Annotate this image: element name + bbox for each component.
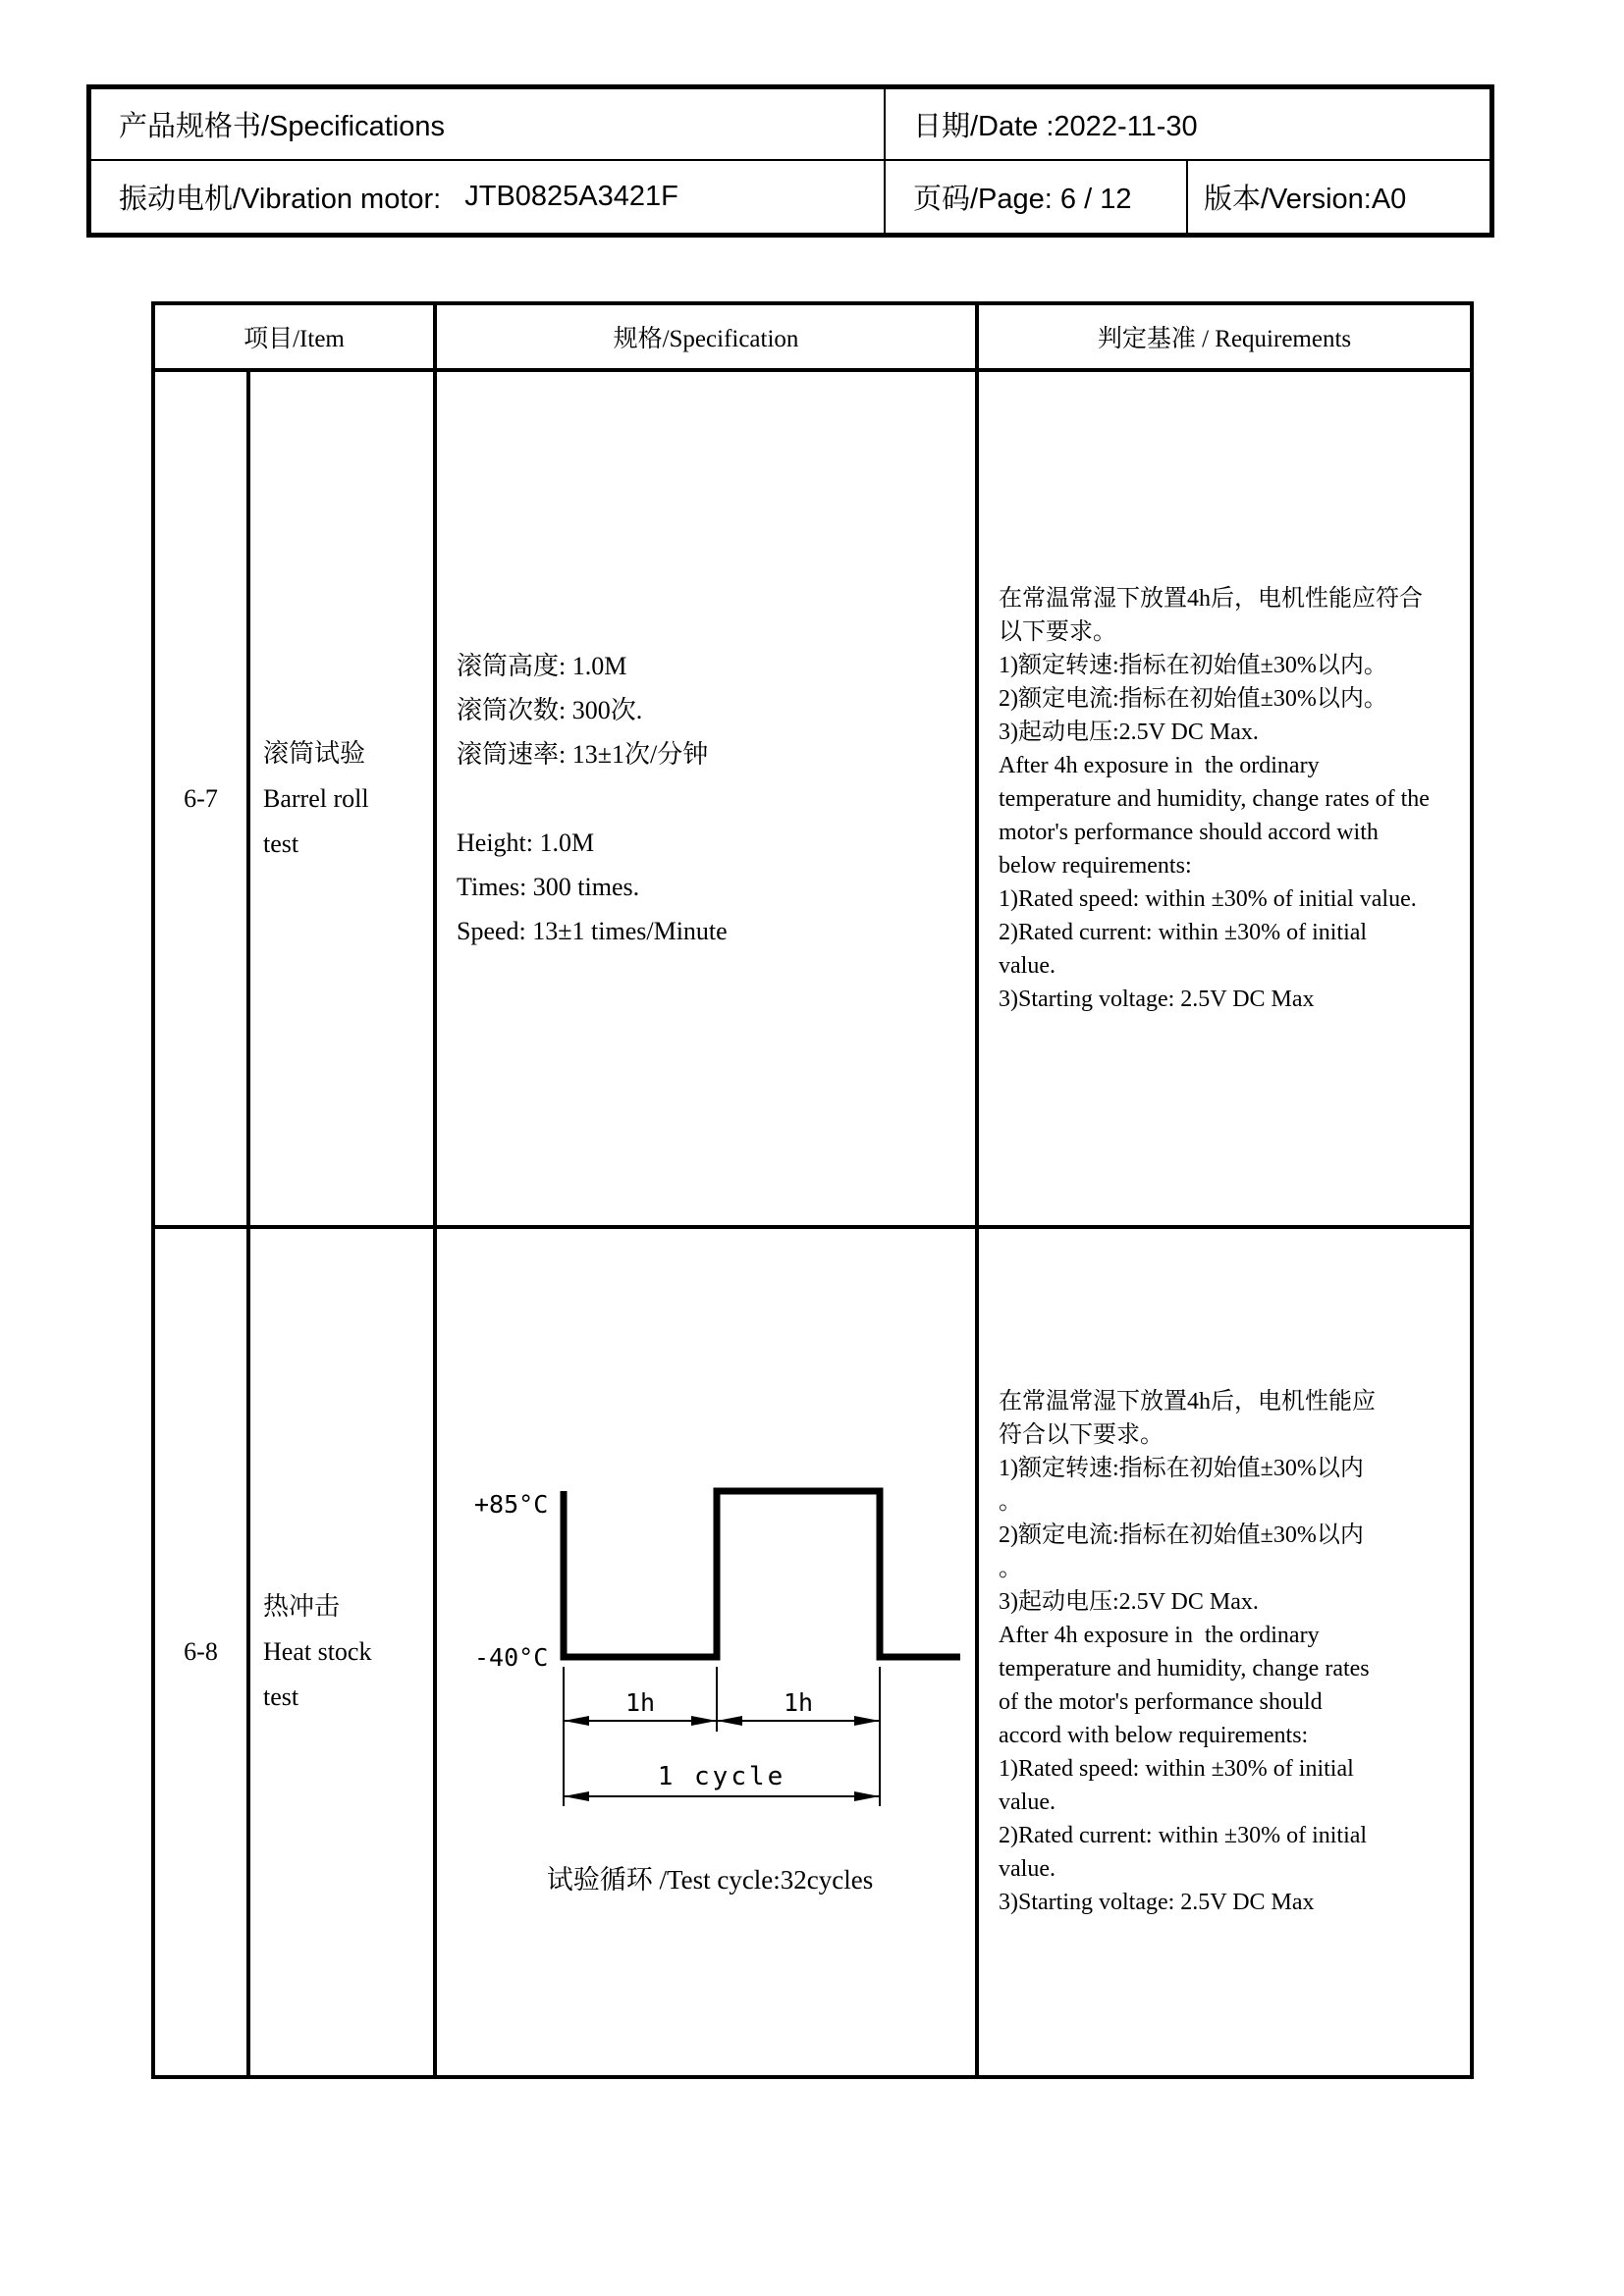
high-temp-label: +85°C <box>474 1490 548 1519</box>
version-cell: 版本/Version:A0 <box>1186 161 1489 233</box>
column-header-item-label: 项目/Item <box>244 319 345 354</box>
spec-table: 项目/Item 规格/Specification 判定基准 / Requirem… <box>151 301 1474 2079</box>
document-header-table: 产品规格书/Specifications 日期/Date :2022-11-30… <box>86 84 1494 238</box>
row-6-8-requirements: 在常温常湿下放置4h后，电机性能应 符合以下要求。 1)额定转速:指标在初始值±… <box>979 1229 1470 2075</box>
row-6-8-number: 6-8 <box>155 1229 250 2075</box>
date-cell: 日期/Date :2022-11-30 <box>884 89 1489 159</box>
heat-shock-waveform-diagram: +85°C -40°C 1h 1h 1 cycle <box>437 1229 975 2075</box>
column-header-spec: 规格/Specification <box>437 305 979 372</box>
span2-label: 1h <box>784 1688 813 1717</box>
span1-label: 1h <box>625 1688 655 1717</box>
row-6-7-name: 滚筒试验 Barrel roll test <box>250 372 437 1229</box>
page-number-cell: 页码/Page: 6 / 12 <box>884 161 1186 233</box>
low-temp-label: -40°C <box>474 1643 548 1672</box>
dimension-arrow <box>691 1716 717 1726</box>
dimension-arrow <box>854 1791 880 1801</box>
specification-text: 滚筒高度: 1.0M 滚筒次数: 300次. 滚筒速率: 13±1次/分钟 He… <box>457 644 967 953</box>
item-number: 6-8 <box>184 1637 218 1667</box>
header-row-2: 振动电机/Vibration motor: JTB0825A3421F 页码/P… <box>91 161 1489 233</box>
product-cell: 振动电机/Vibration motor: JTB0825A3421F <box>91 161 884 233</box>
cycle-label: 1 cycle <box>658 1762 786 1791</box>
column-header-item: 项目/Item <box>155 305 437 372</box>
column-header-spec-label: 规格/Specification <box>614 319 799 354</box>
date-value: 日期/Date :2022-11-30 <box>913 104 1198 144</box>
row-6-7-specification: 滚筒高度: 1.0M 滚筒次数: 300次. 滚筒速率: 13±1次/分钟 He… <box>437 372 979 1229</box>
row-6-8-name: 热冲击 Heat stock test <box>250 1229 437 2075</box>
test-cycle-caption: 试验循环 /Test cycle:32cycles <box>547 1865 874 1895</box>
column-header-requirements: 判定基准 / Requirements <box>979 305 1470 372</box>
column-header-requirements-label: 判定基准 / Requirements <box>1098 319 1351 354</box>
row-6-7-requirements: 在常温常湿下放置4h后，电机性能应符合 以下要求。 1)额定转速:指标在初始值±… <box>979 372 1470 1229</box>
product-code: JTB0825A3421F <box>464 181 678 213</box>
page-number: 页码/Page: 6 / 12 <box>913 177 1131 217</box>
dimension-arrow <box>854 1716 880 1726</box>
version-value: 版本/Version:A0 <box>1204 177 1406 217</box>
header-row-1: 产品规格书/Specifications 日期/Date :2022-11-30 <box>91 89 1489 161</box>
item-name: 热冲击 Heat stock test <box>263 1584 433 1720</box>
row-6-8-diagram-cell: +85°C -40°C 1h 1h 1 cycle <box>437 1229 979 2075</box>
product-label: 振动电机/Vibration motor: <box>119 177 441 217</box>
item-number: 6-7 <box>184 784 218 814</box>
dimension-arrow <box>564 1716 589 1726</box>
document-title-cell: 产品规格书/Specifications <box>91 89 884 159</box>
requirements-text: 在常温常湿下放置4h后，电机性能应 符合以下要求。 1)额定转速:指标在初始值±… <box>999 1385 1466 1919</box>
dimension-arrow <box>717 1716 742 1726</box>
item-name: 滚筒试验 Barrel roll test <box>263 731 433 867</box>
document-title: 产品规格书/Specifications <box>119 104 445 144</box>
temperature-waveform <box>564 1491 960 1657</box>
dimension-arrow <box>564 1791 589 1801</box>
row-6-7-number: 6-7 <box>155 372 250 1229</box>
requirements-text: 在常温常湿下放置4h后，电机性能应符合 以下要求。 1)额定转速:指标在初始值±… <box>999 582 1466 1016</box>
